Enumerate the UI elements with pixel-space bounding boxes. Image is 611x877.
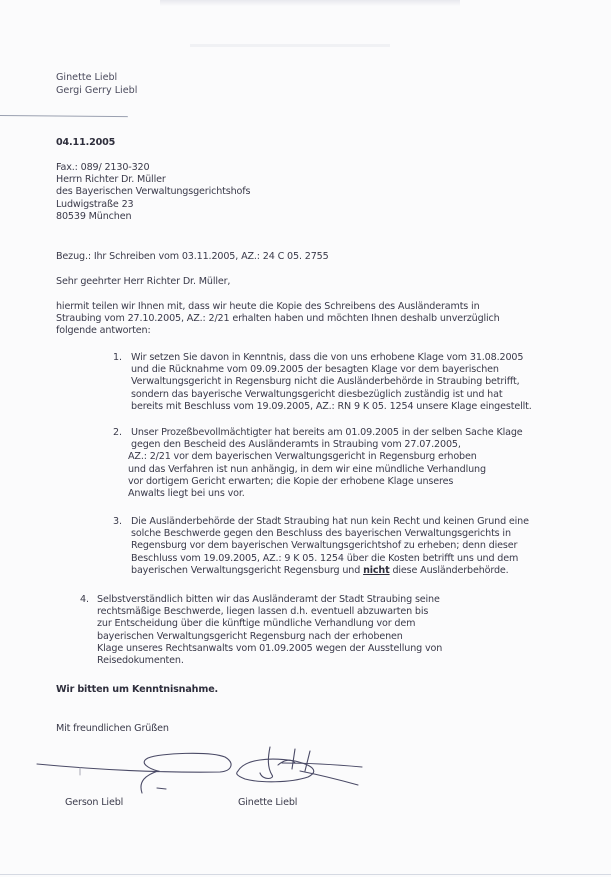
item-line: zur Entscheidung über die künftige mündl…	[97, 618, 442, 630]
item-line: bayerischen Verwaltungsgericht Regensbur…	[97, 631, 442, 643]
item-line: bereits mit Beschluss vom 19.09.2005, AZ…	[131, 401, 532, 413]
item-number: 2.	[113, 427, 122, 439]
item-line: Regensburg vor dem bayerischen Verwaltun…	[131, 540, 529, 552]
item-line: AZ.: 2/21 vor dem bayerischen Verwaltung…	[128, 451, 523, 463]
item-body: Wir setzen Sie davon in Kenntnis, dass d…	[131, 352, 532, 413]
item-text: diese Ausländerbehörde.	[390, 565, 509, 576]
fold-mark	[0, 115, 128, 117]
address-line: Fax.: 089/ 2130-320	[56, 162, 250, 174]
item-line: Selbstverständlich bitten wir das Auslän…	[97, 594, 442, 606]
emphasis-nicht: nicht	[363, 565, 389, 576]
sender-line: Gergi Gerry Liebl	[56, 85, 137, 98]
sender-line: Ginette Liebl	[56, 72, 137, 85]
closing-request: Wir bitten um Kenntnisnahme.	[56, 684, 218, 696]
item-line: vor dortigem Gericht erwarten; die Kopie…	[128, 476, 523, 488]
letter-page: Ginette Liebl Gergi Gerry Liebl 04.11.20…	[0, 0, 611, 877]
letter-date: 04.11.2005	[56, 137, 115, 149]
signatory-name: Gerson Liebl	[65, 797, 123, 809]
item-body: Selbstverständlich bitten wir das Auslän…	[97, 594, 442, 667]
item-line: und das Verfahren ist nun anhängig, in d…	[128, 464, 523, 476]
item-line: Wir setzen Sie davon in Kenntnis, dass d…	[131, 352, 532, 364]
signatures-icon	[20, 745, 380, 805]
intro-line: folgende antworten:	[56, 325, 500, 337]
address-line: 80539 München	[56, 211, 250, 223]
signatory-name: Ginette Liebl	[238, 797, 297, 809]
item-text: bayerischen Verwaltungsgericht Regensbur…	[131, 565, 363, 576]
intro-line: Straubing vom 27.10.2005, AZ.: 2/21 erha…	[56, 313, 500, 325]
item-line: solche Beschwerde gegen den Beschluss de…	[131, 528, 529, 540]
regards: Mit freundlichen Grüßen	[56, 723, 169, 735]
intro-paragraph: hiermit teilen wir Ihnen mit, dass wir h…	[56, 301, 500, 338]
item-line: Anwalts liegt bei uns vor.	[128, 488, 523, 500]
item-line: Klage unseres Rechtsanwalts vom 01.09.20…	[97, 643, 442, 655]
page-edge	[0, 874, 611, 875]
scan-artifact	[190, 44, 390, 47]
item-number: 1.	[113, 352, 122, 364]
item-line: und die Rücknahme vom 09.09.2005 der bes…	[131, 364, 532, 376]
reference-line: Bezug.: Ihr Schreiben vom 03.11.2005, AZ…	[56, 251, 329, 263]
item-line: Reisedokumenten.	[97, 655, 442, 667]
address-line: des Bayerischen Verwaltungsgerichtshofs	[56, 186, 250, 198]
item-body: Unser Prozeßbevollmächtigter hat bereits…	[131, 427, 523, 500]
item-line: sondern das bayerische Verwaltungsgerich…	[131, 389, 532, 401]
address-line: Herrn Richter Dr. Müller	[56, 174, 250, 186]
item-number: 4.	[80, 594, 89, 606]
recipient-address: Fax.: 089/ 2130-320 Herrn Richter Dr. Mü…	[56, 162, 250, 223]
item-line: bayerischen Verwaltungsgericht Regensbur…	[131, 565, 529, 577]
sender-block: Ginette Liebl Gergi Gerry Liebl	[56, 72, 137, 97]
item-line: Beschluss vom 19.09.2005, AZ.: 9 K 05. 1…	[131, 553, 529, 565]
item-number: 3.	[113, 516, 122, 528]
address-line: Ludwigstraße 23	[56, 199, 250, 211]
salutation: Sehr geehrter Herr Richter Dr. Müller,	[56, 276, 230, 288]
item-line: Unser Prozeßbevollmächtigter hat bereits…	[131, 427, 523, 439]
item-body: Die Ausländerbehörde der Stadt Straubing…	[131, 516, 529, 577]
item-line: Die Ausländerbehörde der Stadt Straubing…	[131, 516, 529, 528]
item-line: Verwaltungsgericht in Regensburg nicht d…	[131, 376, 532, 388]
item-line: rechtsmäßige Beschwerde, liegen lassen d…	[97, 606, 442, 618]
intro-line: hiermit teilen wir Ihnen mit, dass wir h…	[56, 301, 500, 313]
scan-artifact	[160, 0, 460, 6]
item-line: gegen den Bescheid des Ausländeramts in …	[131, 439, 523, 451]
